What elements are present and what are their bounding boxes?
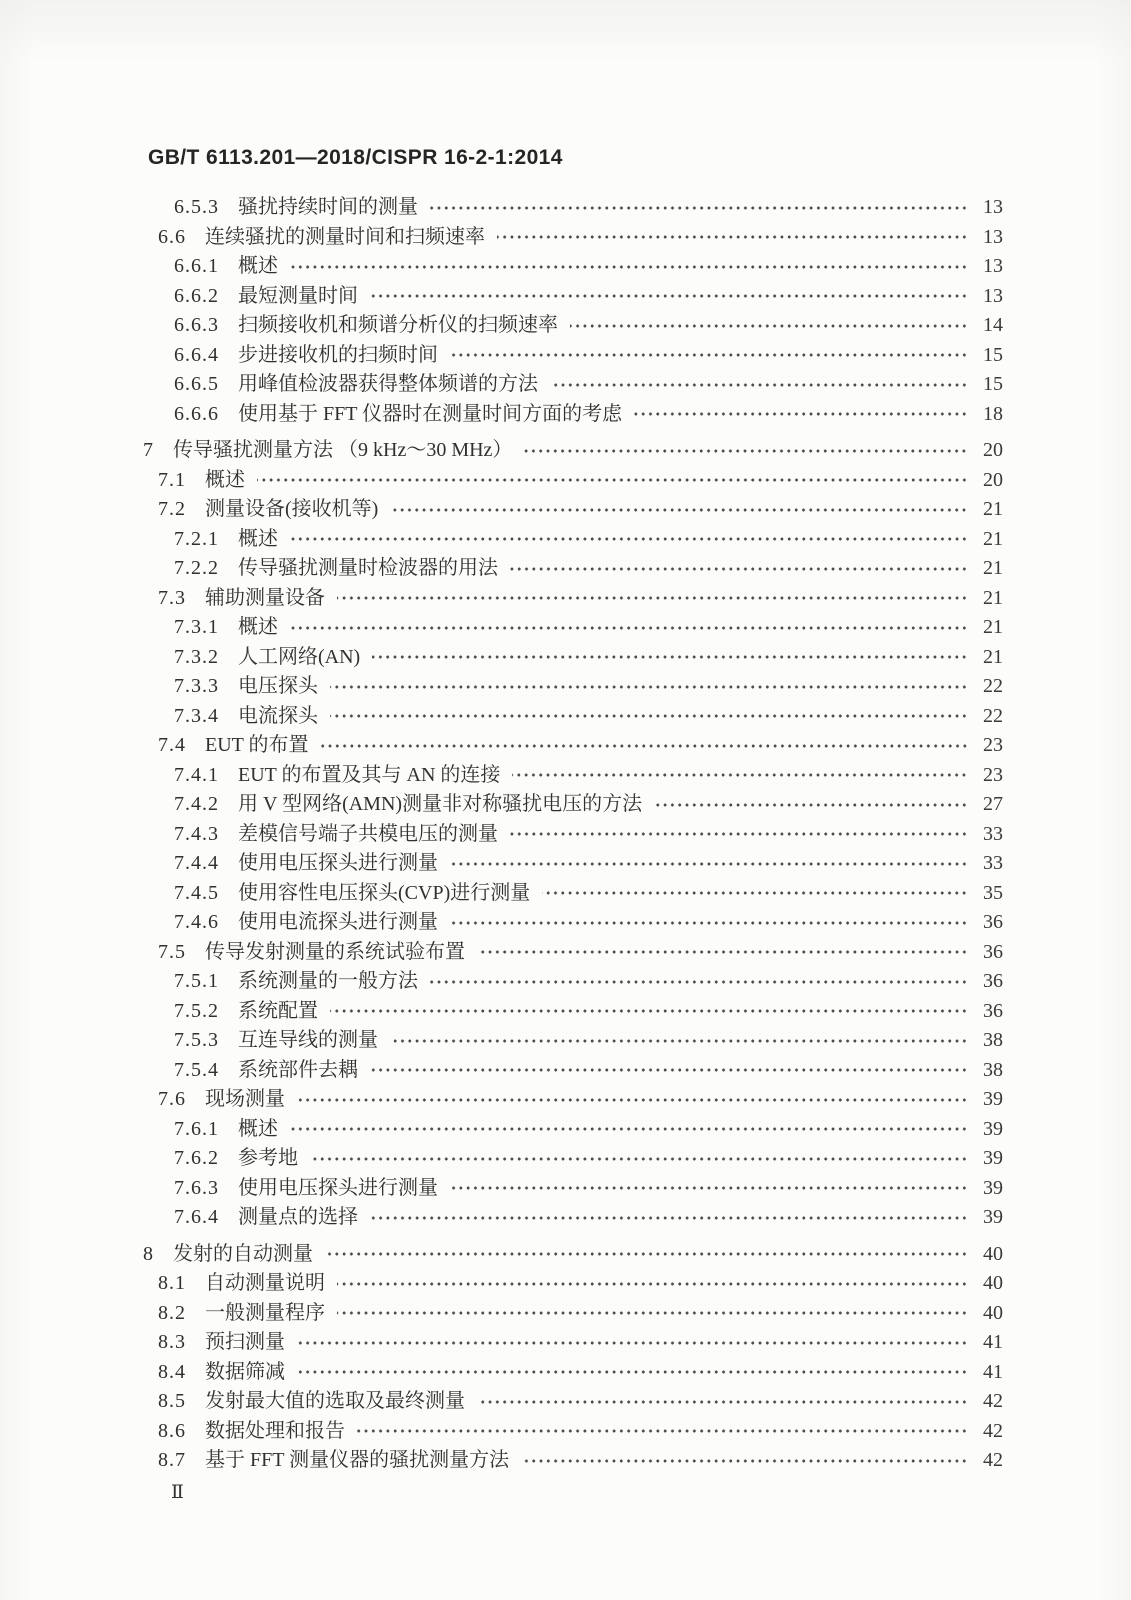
dot-leader [290,1124,968,1134]
toc-entry: 7.6.4 测量点的选择 39 [143,1203,1003,1233]
toc-entry-title[interactable]: 互连导线的测量 [238,1026,378,1056]
toc-entry: 7.4.4 使用电压探头进行测量 33 [143,849,1003,879]
toc-entry-number: 7.6 [158,1085,186,1115]
dot-leader [370,291,968,301]
dot-leader [357,1426,968,1436]
dot-leader [330,682,968,692]
toc-entry-number: 6.6.6 [174,400,219,430]
toc-entry-page: 35 [975,879,1003,909]
toc-entry-number: 6.6.3 [174,311,219,341]
toc-entry-title[interactable]: 参考地 [238,1144,298,1174]
dot-leader [370,1213,968,1223]
toc-entry-title[interactable]: 差模信号端子共模电压的测量 [238,820,498,850]
toc-entry-title[interactable]: 概述 [205,466,245,496]
toc-entry: 8.6 数据处理和报告 42 [143,1417,1003,1447]
dot-leader [321,741,968,751]
dot-leader [330,711,968,721]
toc-entry-page: 38 [975,1026,1003,1056]
toc-entry-title[interactable]: 电流探头 [238,702,318,732]
toc-entry-number: 7.5.3 [174,1026,219,1056]
toc-entry: 8.4 数据筛减 41 [143,1358,1003,1388]
toc-entry-number: 8.1 [158,1269,186,1299]
toc-entry: 8.2 一般测量程序 40 [143,1299,1003,1329]
toc-entry-title[interactable]: 传导骚扰测量方法 （9 kHz～30 MHz） [173,436,512,466]
toc-entry-title[interactable]: 测量设备(接收机等) [205,495,378,525]
dot-leader [430,977,968,987]
toc-entry: 6.6.2 最短测量时间 13 [143,282,1003,312]
dot-leader [497,232,968,242]
toc-entry-number: 7.4.3 [174,820,219,850]
dot-leader [337,593,968,603]
toc-entry-title[interactable]: 现场测量 [205,1085,285,1115]
toc-entry-page: 40 [975,1240,1003,1270]
toc-entry-page: 38 [975,1056,1003,1086]
dot-leader [634,409,968,419]
toc-entry-page: 39 [975,1115,1003,1145]
toc-entry-title[interactable]: 步进接收机的扫频时间 [238,341,438,371]
toc-entry: 7.6 现场测量 39 [143,1085,1003,1115]
toc-entry-page: 21 [975,613,1003,643]
toc-entry-page: 20 [975,466,1003,496]
toc-entry-page: 36 [975,997,1003,1027]
toc-entry: 6.6.3 扫频接收机和频谱分析仪的扫频速率 14 [143,311,1003,341]
dot-leader [477,1397,968,1407]
toc-entry-page: 21 [975,643,1003,673]
toc-entry-title[interactable]: 人工网络(AN) [238,643,360,673]
toc-entry: 8.5 发射最大值的选取及最终测量 42 [143,1387,1003,1417]
toc-entry: 7.4.5 使用容性电压探头(CVP)进行测量 35 [143,879,1003,909]
dot-leader [330,1006,968,1016]
dot-leader [337,1279,968,1289]
toc-entry-number: 7.3.2 [174,643,219,673]
toc-entry-number: 6.6.1 [174,252,219,282]
toc-entry-page: 39 [975,1203,1003,1233]
toc-entry: 7.6.1 概述 39 [143,1115,1003,1145]
toc-entry: 7.5 传导发射测量的系统试验布置 36 [143,938,1003,968]
dot-leader [510,829,968,839]
toc-entry-title[interactable]: 预扫测量 [205,1328,285,1358]
toc-entry: 6.5.3 骚扰持续时间的测量 13 [143,193,1003,223]
dot-leader [512,770,968,780]
toc-entry-page: 40 [975,1299,1003,1329]
toc-entry-page: 15 [975,341,1003,371]
toc-entry-page: 18 [975,400,1003,430]
dot-leader [510,564,968,574]
dot-leader [654,800,968,810]
toc-entry-number: 7.4.5 [174,879,219,909]
toc-entry-number: 7.1 [158,466,186,496]
toc-entry-page: 13 [975,193,1003,223]
dot-leader [550,380,968,390]
toc-entry-number: 7.6.2 [174,1144,219,1174]
toc-entry-title[interactable]: 系统配置 [238,997,318,1027]
toc-entry-number: 6.6 [158,223,186,253]
toc-entry-number: 7.6.1 [174,1115,219,1145]
dot-leader [390,505,968,515]
toc-entry-number: 7.4.6 [174,908,219,938]
toc-entry: 7.1 概述 20 [143,466,1003,496]
toc-entry-page: 22 [975,672,1003,702]
toc-entry-number: 7.6.4 [174,1203,219,1233]
dot-leader [570,321,968,331]
toc-entry: 6.6.6 使用基于 FFT 仪器时在测量时间方面的考虑 18 [143,400,1003,430]
dot-leader [290,623,968,633]
toc-entry-page: 21 [975,554,1003,584]
toc-entry-page: 27 [975,790,1003,820]
toc-entry-title[interactable]: 系统测量的一般方法 [238,967,418,997]
toc-entry-number: 7.4.1 [174,761,219,791]
dot-leader [325,1249,968,1259]
toc-entry-page: 22 [975,702,1003,732]
dot-leader [310,1154,968,1164]
toc-entry-page: 41 [975,1328,1003,1358]
toc-entry-page: 39 [975,1144,1003,1174]
toc-entry-page: 42 [975,1446,1003,1476]
toc-entry-title[interactable]: 基于 FFT 测量仪器的骚扰测量方法 [205,1446,509,1476]
toc-entry-number: 8.2 [158,1299,186,1329]
dot-leader [450,918,968,928]
toc-entry: 7.3 辅助测量设备 21 [143,584,1003,614]
toc-entry: 7.4.1 EUT 的布置及其与 AN 的连接 23 [143,761,1003,791]
toc-entry-page: 42 [975,1417,1003,1447]
toc-entry-page: 33 [975,820,1003,850]
toc-entry-title[interactable]: 系统部件去耦 [238,1056,358,1086]
toc-entry-page: 23 [975,731,1003,761]
toc-entry-title[interactable]: 发射的自动测量 [173,1240,313,1270]
toc-entry: 7.4 EUT 的布置 23 [143,731,1003,761]
toc-entry: 7.3.2 人工网络(AN) 21 [143,643,1003,673]
toc-entry-number: 6.6.4 [174,341,219,371]
toc-entry: 6.6.4 步进接收机的扫频时间 15 [143,341,1003,371]
toc-entry-title[interactable]: 扫频接收机和频谱分析仪的扫频速率 [238,311,558,341]
dot-leader [450,1183,968,1193]
toc-entry: 7.5.2 系统配置 36 [143,997,1003,1027]
dot-leader [297,1338,968,1348]
toc-entry-title[interactable]: 最短测量时间 [238,282,358,312]
toc-entry: 6.6.1 概述 13 [143,252,1003,282]
dot-leader [337,1308,968,1318]
toc-entry-number: 7.3 [158,584,186,614]
toc-entry-title[interactable]: 传导发射测量的系统试验布置 [205,938,465,968]
dot-leader [524,446,968,456]
toc-entry-title[interactable]: 概述 [238,613,278,643]
dot-leader [290,534,968,544]
toc-entry: 7.3.3 电压探头 22 [143,672,1003,702]
dot-leader [542,888,968,898]
toc-entry: 7.5.1 系统测量的一般方法 36 [143,967,1003,997]
dot-leader [450,859,968,869]
dot-leader [290,262,968,272]
dot-leader [257,475,968,485]
toc-entry: 7.6.2 参考地 39 [143,1144,1003,1174]
toc-entry-title[interactable]: 连续骚扰的测量时间和扫频速率 [205,223,485,253]
toc-entry-page: 13 [975,282,1003,312]
toc-entry-number: 7.2.1 [174,525,219,555]
toc-entry-number: 6.5.3 [174,193,219,223]
toc-entry-title[interactable]: 一般测量程序 [205,1299,325,1329]
toc-entry-page: 21 [975,495,1003,525]
toc-entry-page: 14 [975,311,1003,341]
toc-entry-title[interactable]: 测量点的选择 [238,1203,358,1233]
dot-leader [450,350,968,360]
toc-entry-page: 13 [975,223,1003,253]
toc-entry-title[interactable]: 自动测量说明 [205,1269,325,1299]
toc-entry-title[interactable]: 使用电压探头进行测量 [238,1174,438,1204]
toc-entry: 7.2.2 传导骚扰测量时检波器的用法 21 [143,554,1003,584]
toc-entry-page: 39 [975,1174,1003,1204]
toc-entry: 7 传导骚扰测量方法 （9 kHz～30 MHz） 20 [143,436,1003,466]
toc-entry-title[interactable]: 传导骚扰测量时检波器的用法 [238,554,498,584]
toc-entry-title[interactable]: 数据处理和报告 [205,1417,345,1447]
toc-entry-title[interactable]: 概述 [238,525,278,555]
toc-entry-number: 7.4 [158,731,186,761]
toc-entry: 7.5.4 系统部件去耦 38 [143,1056,1003,1086]
toc-entry-title[interactable]: 用 V 型网络(AMN)测量非对称骚扰电压的方法 [238,790,642,820]
toc-entry-number: 8.7 [158,1446,186,1476]
dot-leader [477,947,968,957]
toc-entry: 7.4.2 用 V 型网络(AMN)测量非对称骚扰电压的方法 27 [143,790,1003,820]
toc-entry: 7.2.1 概述 21 [143,525,1003,555]
toc-entry-title[interactable]: 数据筛减 [205,1358,285,1388]
toc-entry: 6.6.5 用峰值检波器获得整体频谱的方法 15 [143,370,1003,400]
toc-entry: 7.4.3 差模信号端子共模电压的测量 33 [143,820,1003,850]
toc-entry: 7.2 测量设备(接收机等) 21 [143,495,1003,525]
toc-entry-page: 40 [975,1269,1003,1299]
toc-entry-page: 33 [975,849,1003,879]
toc-entry-title[interactable]: 骚扰持续时间的测量 [238,193,418,223]
toc-entry-page: 42 [975,1387,1003,1417]
toc-entry: 7.5.3 互连导线的测量 38 [143,1026,1003,1056]
toc-entry-title[interactable]: 电压探头 [238,672,318,702]
toc-entry-title[interactable]: 用峰值检波器获得整体频谱的方法 [238,370,538,400]
toc-entry-title[interactable]: 概述 [238,1115,278,1145]
dot-leader [372,652,968,662]
toc-entry-number: 7.5.2 [174,997,219,1027]
toc-entry-number: 7.4.4 [174,849,219,879]
toc-entry-number: 8.5 [158,1387,186,1417]
toc-entry-number: 8.6 [158,1417,186,1447]
toc-entry-title[interactable]: EUT 的布置 [205,731,309,761]
toc-entry-page: 13 [975,252,1003,282]
toc-entry: 7.3.1 概述 21 [143,613,1003,643]
toc-entry-title[interactable]: 发射最大值的选取及最终测量 [205,1387,465,1417]
toc-entry: 8.1 自动测量说明 40 [143,1269,1003,1299]
toc-entry-number: 7.5.4 [174,1056,219,1086]
toc-entry: 7.4.6 使用电流探头进行测量 36 [143,908,1003,938]
toc-entry-number: 7.3.4 [174,702,219,732]
toc-entry: 8 发射的自动测量 40 [143,1240,1003,1270]
toc-entry-page: 21 [975,584,1003,614]
toc-entry-number: 7.6.3 [174,1174,219,1204]
toc-entry-number: 6.6.5 [174,370,219,400]
dot-leader [521,1456,968,1466]
toc-entry-page: 39 [975,1085,1003,1115]
toc-entry-number: 7.2.2 [174,554,219,584]
toc-entry: 6.6 连续骚扰的测量时间和扫频速率 13 [143,223,1003,253]
toc-entry-title[interactable]: 使用容性电压探头(CVP)进行测量 [238,879,530,909]
toc-entry-page: 41 [975,1358,1003,1388]
toc-entry-title[interactable]: 使用电压探头进行测量 [238,849,438,879]
toc-entry-number: 7.3.3 [174,672,219,702]
toc-entry-page: 36 [975,967,1003,997]
toc-entry-number: 7.5 [158,938,186,968]
document-number-header: GB/T 6113.201—2018/CISPR 16-2-1:2014 [148,146,563,170]
toc-entry-page: 15 [975,370,1003,400]
toc-entry-number: 8.4 [158,1358,186,1388]
toc-entry-title[interactable]: 概述 [238,252,278,282]
toc-entry-page: 36 [975,908,1003,938]
toc-entry-title[interactable]: 使用基于 FFT 仪器时在测量时间方面的考虑 [238,400,622,430]
toc-entry-number: 8 [143,1240,154,1270]
toc-entry-number: 7.2 [158,495,186,525]
toc-entry-number: 8.3 [158,1328,186,1358]
page-number-footer: Ⅱ [171,1481,184,1504]
toc-entry-page: 20 [975,436,1003,466]
toc-entry-title[interactable]: EUT 的布置及其与 AN 的连接 [238,761,500,791]
toc-entry-number: 7 [143,436,154,466]
toc-entry-page: 36 [975,938,1003,968]
toc-entry-title[interactable]: 辅助测量设备 [205,584,325,614]
toc-entry-title[interactable]: 使用电流探头进行测量 [238,908,438,938]
dot-leader [370,1065,968,1075]
toc-entry: 8.7 基于 FFT 测量仪器的骚扰测量方法 42 [143,1446,1003,1476]
toc-list: 6.5.3 骚扰持续时间的测量 13 6.6 连续骚扰的测量时间和扫频速率 13… [143,193,1003,1476]
toc-entry: 8.3 预扫测量 41 [143,1328,1003,1358]
toc-entry: 7.6.3 使用电压探头进行测量 39 [143,1174,1003,1204]
dot-leader [430,203,968,213]
dot-leader [297,1367,968,1377]
toc-entry: 7.3.4 电流探头 22 [143,702,1003,732]
toc-entry-number: 7.5.1 [174,967,219,997]
toc-entry-number: 7.4.2 [174,790,219,820]
toc-entry-page: 21 [975,525,1003,555]
toc-entry-number: 7.3.1 [174,613,219,643]
dot-leader [297,1095,968,1105]
dot-leader [390,1036,968,1046]
toc-entry-number: 6.6.2 [174,282,219,312]
toc-entry-page: 23 [975,761,1003,791]
